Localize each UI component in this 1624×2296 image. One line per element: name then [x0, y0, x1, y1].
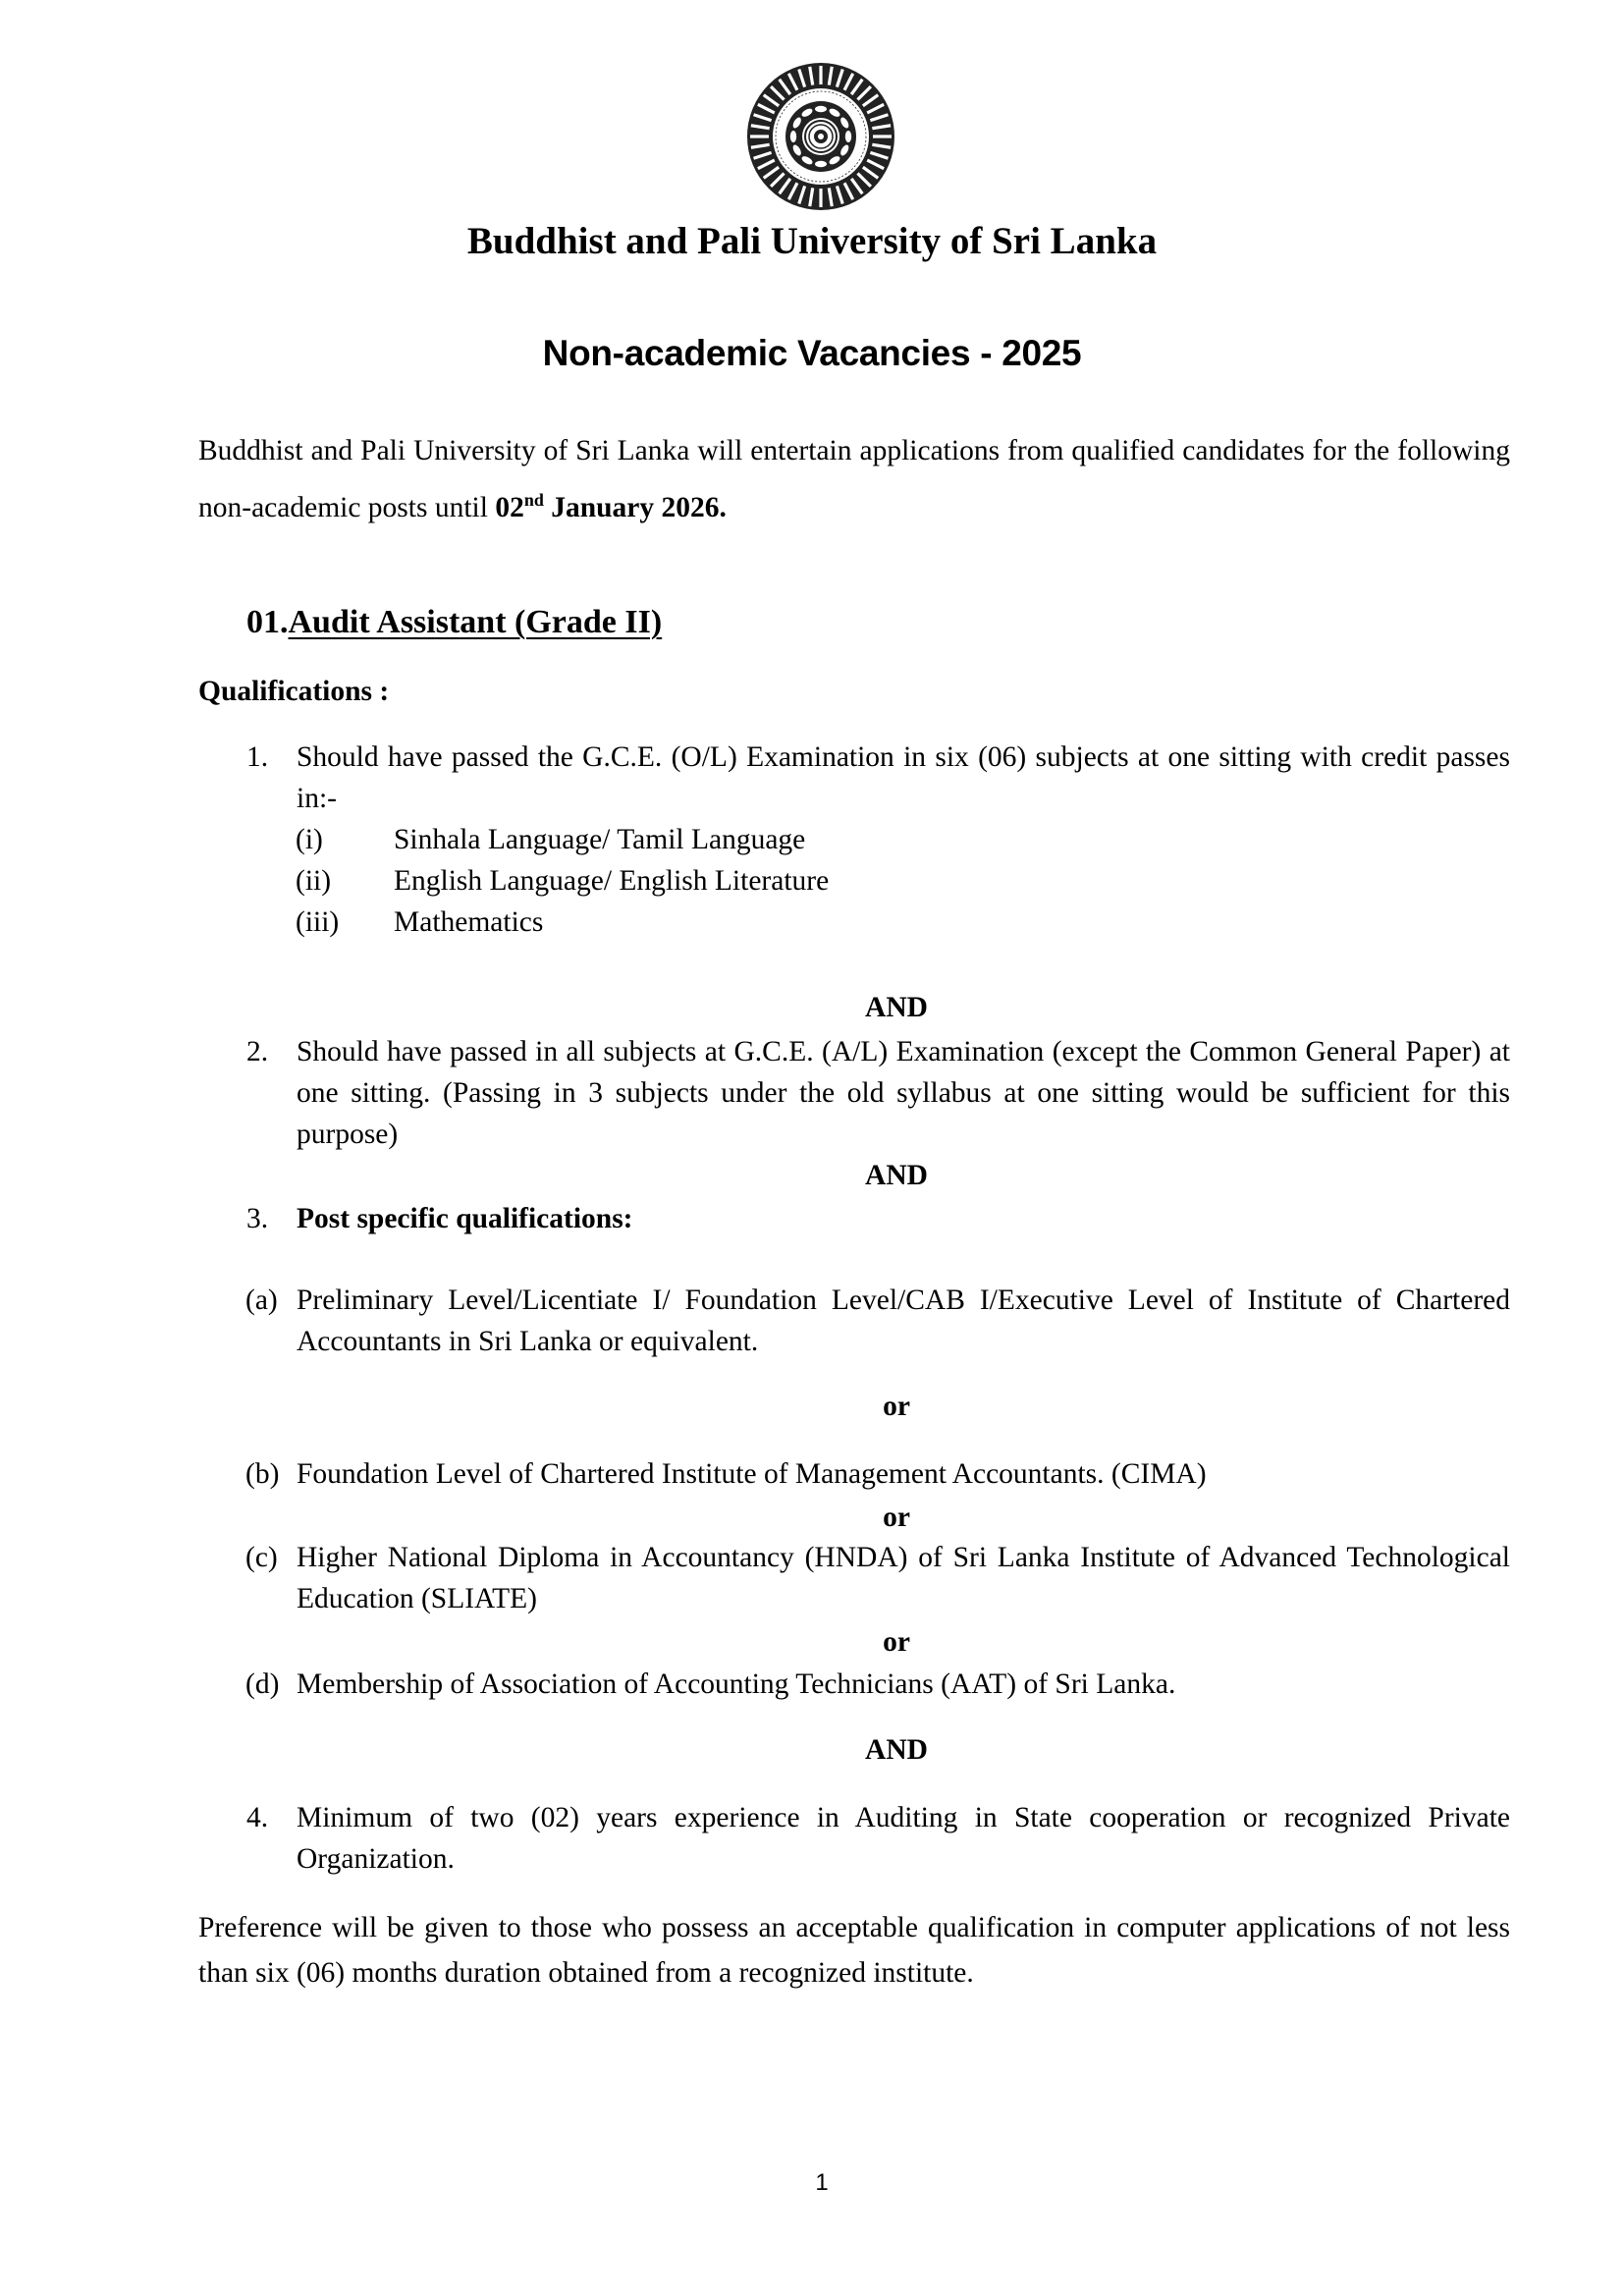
connector-or: or: [0, 1498, 1624, 1537]
closing-date-rest: January 2026.: [544, 492, 727, 523]
preference-note: Preference will be given to those who po…: [198, 1905, 1510, 1995]
alternative-label: (b): [245, 1453, 279, 1495]
subject-text: Mathematics: [394, 906, 543, 938]
alternative-d: (d) Membership of Association of Account…: [245, 1664, 1510, 1705]
alternative-label: (a): [245, 1280, 278, 1321]
post-heading: 01.Audit Assistant (Grade II): [246, 601, 662, 644]
alternative-b: (b) Foundation Level of Chartered Instit…: [245, 1453, 1510, 1495]
item-text: Minimum of two (02) years experience in …: [297, 1797, 1510, 1880]
item-number: 1.: [246, 737, 268, 778]
subject-text: English Language/ English Literature: [394, 865, 829, 897]
closing-date-suffix: nd: [524, 490, 544, 510]
closing-date: 02nd January 2026.: [495, 492, 727, 523]
connector-and: AND: [0, 1730, 1624, 1770]
subject-label: (ii): [296, 860, 394, 902]
item-number: 2.: [246, 1031, 268, 1072]
qualification-item-4: 4. Minimum of two (02) years experience …: [246, 1797, 1510, 1880]
item-number: 4.: [246, 1797, 268, 1838]
connector-and: AND: [0, 1156, 1624, 1195]
qualifications-label: Qualifications :: [198, 672, 389, 711]
alternative-label: (c): [245, 1537, 278, 1578]
post-title: Audit Assistant (Grade II): [289, 604, 663, 640]
connector-or: or: [0, 1622, 1624, 1662]
alternative-text: Higher National Diploma in Accountancy (…: [297, 1537, 1510, 1619]
item-text: Should have passed the G.C.E. (O/L) Exam…: [297, 737, 1510, 819]
alternative-c: (c) Higher National Diploma in Accountan…: [245, 1537, 1510, 1619]
subject-text: Sinhala Language/ Tamil Language: [394, 824, 805, 855]
subject-item: (i)Sinhala Language/ Tamil Language: [296, 819, 805, 860]
alternative-text: Preliminary Level/Licentiate I/ Foundati…: [297, 1280, 1510, 1362]
alternative-label: (d): [245, 1664, 279, 1705]
intro-text: Buddhist and Pali University of Sri Lank…: [198, 435, 1510, 523]
subject-item: (ii)English Language/ English Literature: [296, 860, 829, 902]
subject-label: (iii): [296, 902, 394, 943]
document-page: Buddhist and Pali University of Sri Lank…: [0, 0, 1624, 2296]
university-name: Buddhist and Pali University of Sri Lank…: [0, 218, 1624, 265]
qualification-item-2: 2. Should have passed in all subjects at…: [246, 1031, 1510, 1155]
university-emblem-icon: [746, 62, 895, 211]
item-text: Post specific qualifications:: [297, 1198, 1510, 1239]
page-number: 1: [0, 2168, 1624, 2198]
alternative-a: (a) Preliminary Level/Licentiate I/ Foun…: [245, 1280, 1510, 1362]
qualification-item-1: 1. Should have passed the G.C.E. (O/L) E…: [246, 737, 1510, 819]
subject-item: (iii)Mathematics: [296, 902, 543, 943]
document-title: Non-academic Vacancies - 2025: [0, 331, 1624, 376]
closing-date-day: 02: [495, 492, 524, 523]
post-number: 01.: [246, 604, 289, 640]
subject-label: (i): [296, 819, 394, 860]
alternative-text: Foundation Level of Chartered Institute …: [297, 1453, 1510, 1495]
qualification-item-3: 3. Post specific qualifications:: [246, 1198, 1510, 1239]
alternative-text: Membership of Association of Accounting …: [297, 1664, 1510, 1705]
intro-paragraph: Buddhist and Pali University of Sri Lank…: [198, 422, 1510, 536]
item-number: 3.: [246, 1198, 268, 1239]
item-text: Should have passed in all subjects at G.…: [297, 1031, 1510, 1155]
connector-and: AND: [0, 988, 1624, 1027]
connector-or: or: [0, 1387, 1624, 1426]
